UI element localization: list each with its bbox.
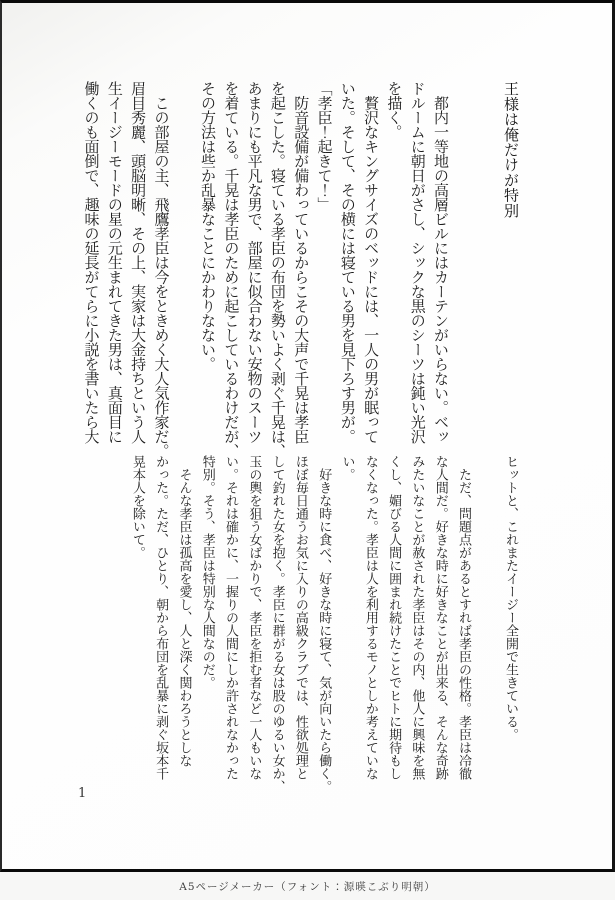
body-text-lower-block: ただ、問題点があるとすれば孝臣の性格。孝臣は冷徹 な人間だ。好きな時に好きなこと…: [126, 455, 475, 793]
page-title: 王様は俺だけが特別: [499, 81, 522, 218]
body-text-upper-block: 都内一等地の高層ビルにはカーテンがいらない。ベッ ドルームに朝日がさし、シックな…: [79, 81, 452, 458]
footer-bar: A5ページメーカー（フォント：源暎こぶり明朝）: [0, 872, 615, 900]
page-number: 1: [78, 786, 86, 801]
novel-page: 王様は俺だけが特別 都内一等地の高層ビルにはカーテンがいらない。ベッ ドルームに…: [0, 0, 615, 872]
screenshot-root: { "page": { "title": "王様は俺だけが特別", "dan1_…: [0, 0, 615, 900]
body-text-lower-block-lead-line: ヒットと、これまたイージー全開で生きている。: [499, 455, 522, 741]
footer-caption: A5ページメーカー（フォント：源暎こぶり明朝）: [179, 879, 436, 894]
